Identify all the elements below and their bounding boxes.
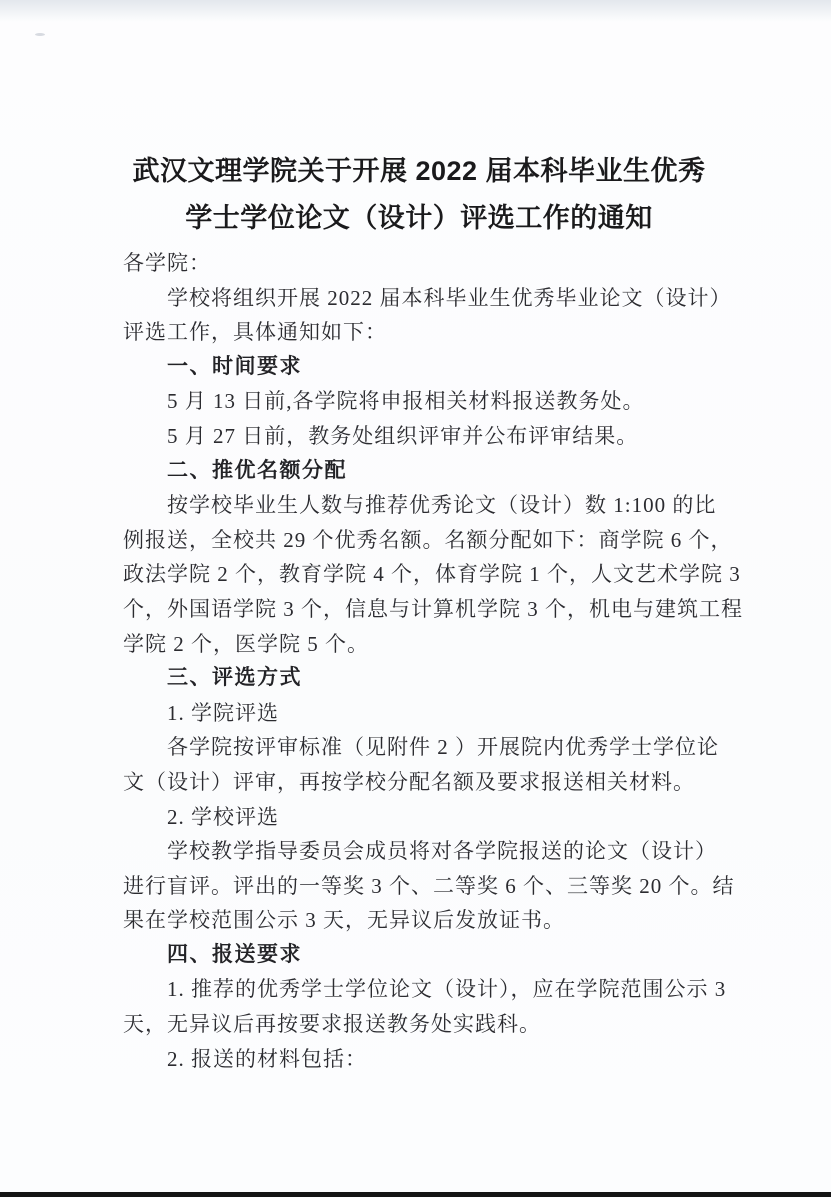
text-line: 5 月 27 日前，教务处组织评审并公布评审结果。 [123,419,715,454]
section-heading-line: 三、评选方式 [123,661,715,696]
text-line: 各学院按评审标准（见附件 2 ）开展院内优秀学士学位论 [123,730,715,765]
text-line: 1. 学院评选 [123,696,715,731]
scan-edge-line-bottom [0,1192,831,1197]
text-line: 文（设计）评审，再按学校分配名额及要求报送相关材料。 [123,765,715,800]
text-line: 1. 推荐的优秀学士学位论文（设计），应在学院范围公示 3 [123,972,715,1007]
text-line: 果在学校范围公示 3 天，无异议后发放证书。 [123,903,715,938]
document-body: 各学院：学校将组织开展 2022 届本科毕业生优秀毕业论文（设计）评选工作，具体… [123,246,715,1076]
text-line: 5 月 13 日前,各学院将申报相关材料报送教务处。 [123,384,715,419]
text-line: 个，外国语学院 3 个，信息与计算机学院 3 个，机电与建筑工程 [123,592,715,627]
text-line: 评选工作，具体通知如下： [123,315,715,350]
section-heading-line: 二、推优名额分配 [123,454,715,489]
notice-document: 武汉文理学院关于开展 2022 届本科毕业生优秀 学士学位论文（设计）评选工作的… [123,148,715,1076]
section-heading-line: 一、时间要求 [123,350,715,385]
text-line: 学校将组织开展 2022 届本科毕业生优秀毕业论文（设计） [123,281,715,316]
document-title-line-2: 学士学位论文（设计）评选工作的通知 [123,195,715,242]
section-heading-line: 四、报送要求 [123,938,715,973]
text-line: 2. 报送的材料包括： [123,1042,715,1077]
text-line: 天，无异议后再按要求报送教务处实践科。 [123,1007,715,1042]
scanned-page: 武汉文理学院关于开展 2022 届本科毕业生优秀 学士学位论文（设计）评选工作的… [0,0,831,1198]
text-line: 政法学院 2 个，教育学院 4 个，体育学院 1 个，人文艺术学院 3 [123,557,715,592]
document-title-line-1: 武汉文理学院关于开展 2022 届本科毕业生优秀 [123,148,715,195]
text-line: 进行盲评。评出的一等奖 3 个、二等奖 6 个、三等奖 20 个。结 [123,869,715,904]
text-line: 学校教学指导委员会成员将对各学院报送的论文（设计） [123,834,715,869]
text-line: 2. 学校评选 [123,800,715,835]
text-line: 各学院： [123,246,715,281]
text-line: 按学校毕业生人数与推荐优秀论文（设计）数 1:100 的比 [123,488,715,523]
text-line: 学院 2 个，医学院 5 个。 [123,627,715,662]
document-title: 武汉文理学院关于开展 2022 届本科毕业生优秀 学士学位论文（设计）评选工作的… [123,148,715,242]
scan-smudge-mark [35,33,45,36]
text-line: 例报送，全校共 29 个优秀名额。名额分配如下：商学院 6 个， [123,523,715,558]
